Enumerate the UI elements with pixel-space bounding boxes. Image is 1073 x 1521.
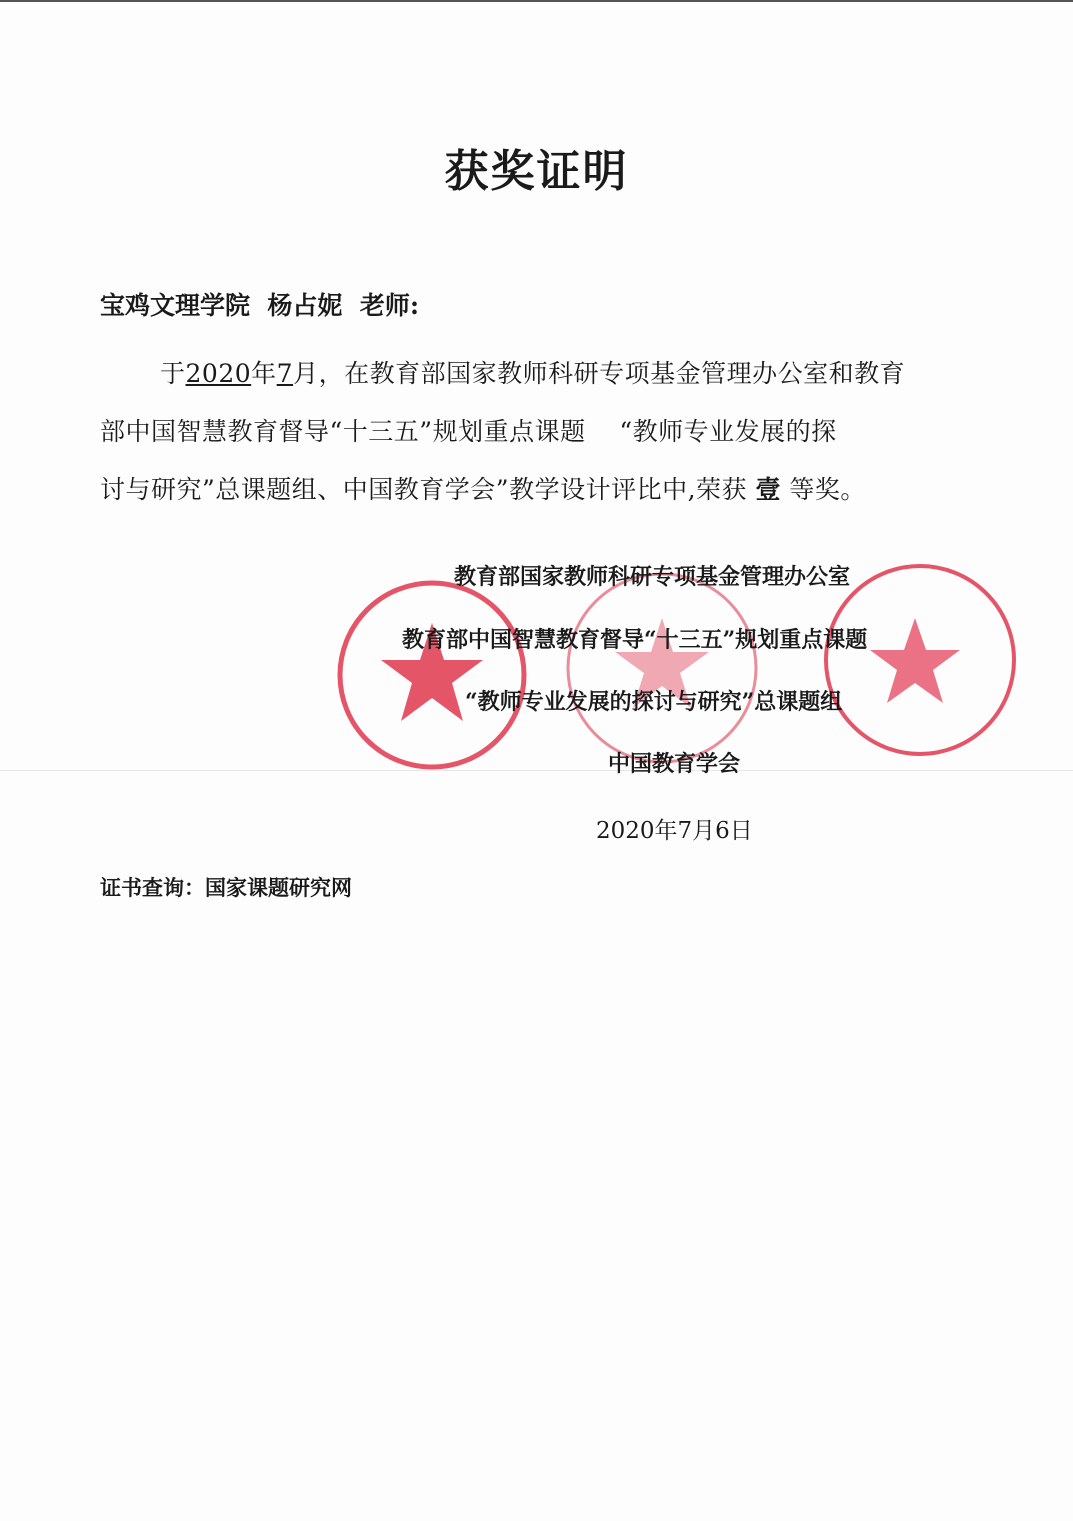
scan-edge-line (0, 0, 1073, 2)
verification-note: 证书查询：国家课题研究网 (100, 872, 352, 902)
issue-date: 2020年7月6日 (596, 812, 753, 845)
body-line-2: 部中国智慧教育督导“十三五”规划重点课题 “教师专业发展的探 (100, 412, 837, 448)
document-title: 获奖证明 (0, 135, 1073, 199)
issuer-1: 教育部国家教师科研专项基金管理办公室 (454, 560, 850, 591)
award-month: 7 (277, 359, 293, 388)
seal-teacher-research-fund-icon (332, 575, 532, 775)
body-prefix: 于 (160, 359, 186, 388)
issuer-3: “教师专业发展的探讨与研究”总课题组 (465, 685, 842, 716)
issuer-4: 中国教育学会 (608, 747, 740, 778)
body-line-3-suffix: 等奖。 (781, 475, 866, 504)
body-line-1: 于2020年7月，在教育部国家教师科研专项基金管理办公室和教育 (160, 354, 905, 390)
year-suffix: 年 (251, 359, 277, 388)
body-line-3: 讨与研究”总课题组、中国教育学会”教学设计评比中,荣获 壹 等奖。 (100, 470, 866, 506)
scan-artifact-rule (0, 770, 1073, 771)
body-line-3-prefix: 讨与研究”总课题组、中国教育学会”教学设计评比中,荣获 (100, 475, 755, 504)
award-rank: 壹 (755, 475, 781, 504)
award-year: 2020 (186, 359, 252, 388)
recipient-salutation: 宝鸡文理学院 杨占妮 老师: (100, 286, 419, 322)
body-line-1-rest: 月，在教育部国家教师科研专项基金管理办公室和教育 (293, 359, 905, 388)
issuer-2: 教育部中国智慧教育督导“十三五”规划重点课题 (402, 623, 867, 654)
seal-smart-education-project-icon (562, 568, 762, 768)
